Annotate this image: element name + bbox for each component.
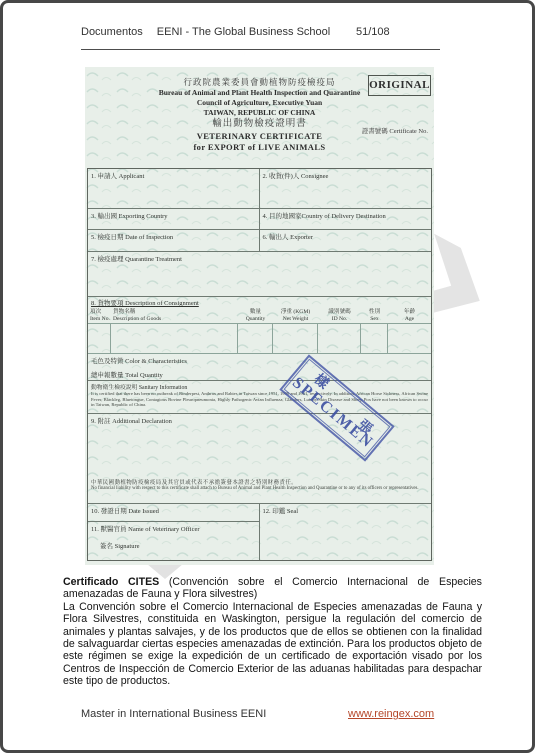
certificate-number-label: 證書號碼 Certificate No. bbox=[362, 126, 428, 135]
col-idno-zh: 識別號碼 bbox=[318, 309, 361, 316]
original-label-box: ORIGINAL bbox=[368, 75, 431, 96]
consignment-empty-row bbox=[88, 323, 431, 354]
article-heading: Certificado CITES (Convención sobre el C… bbox=[63, 576, 482, 601]
nation-title: TAIWAN, REPUBLIC OF CHINA bbox=[85, 108, 434, 118]
field-date-issued: 10. 發證日期 Date Issued bbox=[88, 504, 259, 522]
col-itemno-en: Item No. bbox=[90, 316, 111, 323]
field-date-of-inspection: 5. 檢疫日期 Date of Inspection bbox=[88, 230, 260, 251]
col-age-en: Age bbox=[388, 316, 431, 323]
article-body: La Convención sobre el Comercio Internac… bbox=[63, 601, 482, 688]
disclaimer-zh: 中華民國動植物防疫檢疫局及其官員或代表不承擔簽發本證書之特別財務責任。 bbox=[91, 478, 428, 486]
field-veterinary-officer: 11. 獸醫官員 Name of Veterinary Officer bbox=[88, 522, 259, 535]
signature-block: 10. 發證日期 Date Issued 11. 獸醫官員 Name of Ve… bbox=[88, 504, 431, 560]
document-page: DocumentosEENI - The Global Business Sch… bbox=[0, 0, 535, 753]
council-title: Council of Agriculture, Executive Yuan bbox=[85, 98, 434, 108]
field-consignee: 2. 收貨(件)人 Consignee bbox=[260, 169, 432, 208]
field-exporting-country: 3. 輸出國 Exporting Country bbox=[88, 209, 260, 229]
header-page-number: 51/108 bbox=[356, 26, 390, 38]
field-total-quantity: 總申報數量 Total Quantity bbox=[88, 368, 431, 380]
col-quantity-zh: 數量 bbox=[238, 309, 273, 316]
col-goods-zh: 貨物名稱 bbox=[113, 309, 238, 316]
disclaimer-section: 中華民國動植物防疫檢疫局及其官員或代表不承擔簽發本證書之特別財務責任。 No f… bbox=[88, 476, 431, 504]
cites-article: Certificado CITES (Convención sobre el C… bbox=[63, 576, 482, 688]
header-school-label: EENI - The Global Business School bbox=[157, 26, 330, 38]
col-netweight-en: Net Weight bbox=[273, 316, 318, 323]
header-doc-label: Documentos bbox=[81, 26, 143, 38]
field-quarantine-treatment: 7. 檢疫處理 Quarantine Treatment bbox=[88, 252, 431, 296]
col-sex-zh: 性別 bbox=[361, 309, 388, 316]
certificate-scan: ORIGINAL 行政院農業委員會動植物防疫檢疫局 Bureau of Anim… bbox=[85, 67, 434, 565]
header-rule bbox=[81, 49, 440, 50]
sanitary-section: 動物衛生檢疫說明 Sanitary Information It is cert… bbox=[88, 380, 431, 414]
certificate-form-table: 1. 申請人 Applicant 2. 收貨(件)人 Consignee 3. … bbox=[87, 168, 432, 561]
sanitary-text: It is certified that there has been no o… bbox=[91, 391, 428, 408]
consignment-header-row: 項次Item No. 貨物名稱Description of Goods 數量Qu… bbox=[88, 308, 431, 323]
field-exporter: 6. 輸出人 Exporter bbox=[260, 230, 432, 251]
footer-text: Master in International Business EENI bbox=[81, 708, 266, 720]
col-goods-en: Description of Goods bbox=[113, 316, 238, 323]
col-quantity-en: Quantity bbox=[238, 316, 273, 323]
field-applicant: 1. 申請人 Applicant bbox=[88, 169, 260, 208]
col-netweight-zh: 淨重 (KGM) bbox=[273, 309, 318, 316]
consignment-heading: 8. 貨物要項 Description of Consignment bbox=[88, 297, 431, 308]
field-seal: 12. 印鑑 Seal bbox=[260, 504, 432, 560]
field-color-characteristics: 毛色及特徵 Color & Characteristics bbox=[88, 354, 431, 368]
disclaimer-en: No financial liability with respect to t… bbox=[91, 486, 428, 492]
article-heading-bold: Certificado CITES bbox=[63, 576, 159, 588]
footer-link[interactable]: www.reingex.com bbox=[348, 708, 434, 720]
sanitary-label: 動物衛生檢疫說明 Sanitary Information bbox=[91, 382, 428, 391]
field-destination-country: 4. 目的地國家Country of Delivery Destination bbox=[260, 209, 432, 229]
col-age-zh: 年齡 bbox=[388, 309, 431, 316]
col-itemno-zh: 項次 bbox=[90, 309, 111, 316]
field-signature: 簽名 Signature bbox=[88, 535, 259, 550]
col-sex-en: Sex bbox=[361, 316, 388, 323]
certificate-title-en2: for EXPORT of LIVE ANIMALS bbox=[85, 142, 434, 153]
col-idno-en: ID No. bbox=[318, 316, 361, 323]
consignment-section: 8. 貨物要項 Description of Consignment 項次Ite… bbox=[88, 297, 431, 354]
